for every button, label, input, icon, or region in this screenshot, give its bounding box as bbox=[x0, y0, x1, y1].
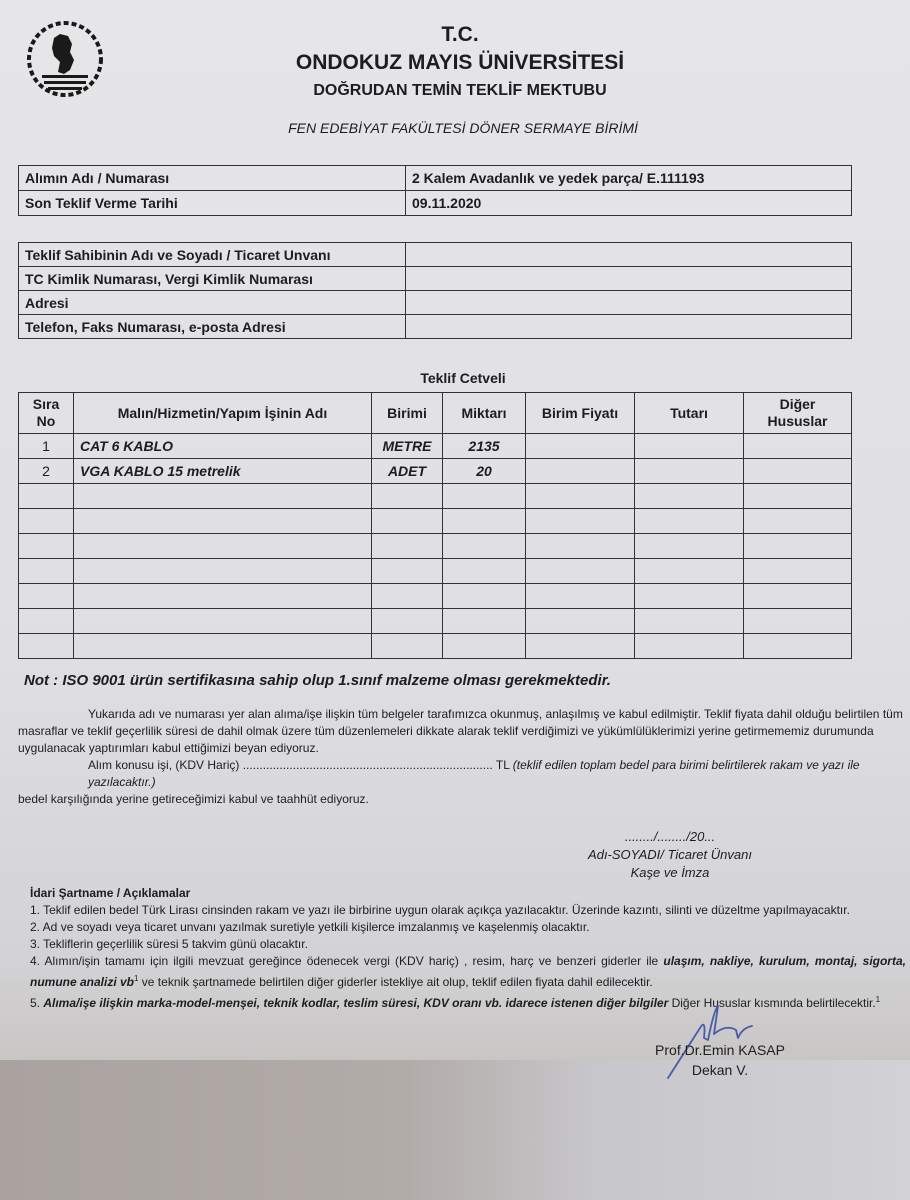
row-other[interactable] bbox=[744, 459, 852, 484]
signer-name: Prof.Dr.Emin KASAP bbox=[620, 1040, 820, 1060]
contact-label: Telefon, Faks Numarası, e-posta Adresi bbox=[19, 315, 406, 339]
table-row: 2VGA KABLO 15 metrelikADET20 bbox=[19, 459, 852, 484]
row-unit-price[interactable] bbox=[526, 534, 635, 559]
declaration-p1: Yukarıda adı ve numarası yer alan alıma/… bbox=[18, 706, 908, 757]
row-item-name bbox=[74, 534, 372, 559]
bidder-info-table: Teklif Sahibinin Adı ve Soyadı / Ticaret… bbox=[18, 242, 852, 339]
row-no: 1 bbox=[19, 434, 74, 459]
declaration-text: Yukarıda adı ve numarası yer alan alıma/… bbox=[18, 706, 908, 808]
header-doc-title: DOĞRUDAN TEMİN TEKLİF MEKTUBU bbox=[10, 78, 910, 104]
deadline-label: Son Teklif Verme Tarihi bbox=[19, 191, 406, 216]
row-unit bbox=[372, 609, 443, 634]
row-unit bbox=[372, 559, 443, 584]
row-unit-price[interactable] bbox=[526, 609, 635, 634]
row-total[interactable] bbox=[635, 584, 744, 609]
table-row: TC Kimlik Numarası, Vergi Kimlik Numaras… bbox=[19, 267, 852, 291]
header-university: ONDOKUZ MAYIS ÜNİVERSİTESİ bbox=[10, 48, 910, 78]
row-no bbox=[19, 484, 74, 509]
col-sira-line1: Sıra bbox=[33, 396, 59, 412]
row-unit-price[interactable] bbox=[526, 434, 635, 459]
row-qty: 2135 bbox=[443, 434, 526, 459]
row-other[interactable] bbox=[744, 559, 852, 584]
row-total[interactable] bbox=[635, 434, 744, 459]
col-other-line1: Diğer bbox=[780, 396, 816, 412]
tax-id-field[interactable] bbox=[406, 267, 852, 291]
rule4-end: ve teknik şartnamede belirtilen diğer gi… bbox=[138, 975, 652, 989]
address-label: Adresi bbox=[19, 291, 406, 315]
row-qty: 20 bbox=[443, 459, 526, 484]
rules-heading: İdari Şartname / Açıklamalar bbox=[30, 885, 910, 902]
photo-shadow bbox=[0, 1060, 910, 1200]
row-other[interactable] bbox=[744, 484, 852, 509]
table-row bbox=[19, 609, 852, 634]
subunit-title: FEN EDEBİYAT FAKÜLTESİ DÖNER SERMAYE BİR… bbox=[8, 120, 910, 136]
iso-note: Not : ISO 9001 ürün sertifikasına sahip … bbox=[24, 672, 611, 689]
row-other[interactable] bbox=[744, 534, 852, 559]
row-unit bbox=[372, 534, 443, 559]
col-total: Tutarı bbox=[635, 393, 744, 434]
row-unit bbox=[372, 484, 443, 509]
row-total[interactable] bbox=[635, 484, 744, 509]
table-row: Son Teklif Verme Tarihi 09.11.2020 bbox=[19, 191, 852, 216]
table-header-row: SıraNo Malın/Hizmetin/Yapım İşinin Adı B… bbox=[19, 393, 852, 434]
row-item-name bbox=[74, 559, 372, 584]
row-item-name bbox=[74, 584, 372, 609]
row-other[interactable] bbox=[744, 634, 852, 659]
address-field[interactable] bbox=[406, 291, 852, 315]
rule-item-1: 1. Teklif edilen bedel Türk Lirası cinsi… bbox=[30, 902, 910, 919]
rule5-num: 5. bbox=[30, 996, 43, 1010]
table-row: Adresi bbox=[19, 291, 852, 315]
signer-block: Prof.Dr.Emin KASAP Dekan V. bbox=[620, 1040, 820, 1080]
col-unit-price: Birim Fiyatı bbox=[526, 393, 635, 434]
row-other[interactable] bbox=[744, 509, 852, 534]
row-other[interactable] bbox=[744, 434, 852, 459]
row-other[interactable] bbox=[744, 609, 852, 634]
admin-rules: İdari Şartname / Açıklamalar 1. Teklif e… bbox=[30, 885, 910, 1012]
purchase-name-label: Alımın Adı / Numarası bbox=[19, 166, 406, 191]
signature-date: ......../......../20... bbox=[560, 828, 780, 846]
col-unit: Birimi bbox=[372, 393, 443, 434]
row-no bbox=[19, 559, 74, 584]
row-qty bbox=[443, 584, 526, 609]
row-unit-price[interactable] bbox=[526, 509, 635, 534]
row-unit-price[interactable] bbox=[526, 634, 635, 659]
row-unit bbox=[372, 509, 443, 534]
row-unit-price[interactable] bbox=[526, 459, 635, 484]
row-unit bbox=[372, 584, 443, 609]
row-qty bbox=[443, 534, 526, 559]
table-row bbox=[19, 484, 852, 509]
signature-name-title: Adı-SOYADI/ Ticaret Ünvanı bbox=[560, 846, 780, 864]
declaration-p3: bedel karşılığında yerine getireceğimizi… bbox=[18, 791, 908, 808]
table-row bbox=[19, 509, 852, 534]
row-item-name: CAT 6 KABLO bbox=[74, 434, 372, 459]
rule-item-2: 2. Ad ve soyadı veya ticaret unvanı yazı… bbox=[30, 919, 910, 936]
table-row: Telefon, Faks Numarası, e-posta Adresi bbox=[19, 315, 852, 339]
row-total[interactable] bbox=[635, 559, 744, 584]
declaration-p2: Alım konusu işi, (KDV Hariç) ...........… bbox=[18, 757, 908, 791]
col-qty: Miktarı bbox=[443, 393, 526, 434]
row-total[interactable] bbox=[635, 634, 744, 659]
col-other: DiğerHususlar bbox=[744, 393, 852, 434]
row-total[interactable] bbox=[635, 609, 744, 634]
table-row bbox=[19, 634, 852, 659]
offer-schedule-title: Teklif Cetveli bbox=[8, 370, 910, 386]
tax-id-label: TC Kimlik Numarası, Vergi Kimlik Numaras… bbox=[19, 267, 406, 291]
row-total[interactable] bbox=[635, 459, 744, 484]
row-no bbox=[19, 584, 74, 609]
row-unit: ADET bbox=[372, 459, 443, 484]
row-unit-price[interactable] bbox=[526, 584, 635, 609]
rule-item-4: 4. Alımın/işin tamamı için ilgili mevzua… bbox=[30, 953, 906, 991]
table-row: 1CAT 6 KABLOMETRE2135 bbox=[19, 434, 852, 459]
col-sira-line2: No bbox=[37, 413, 56, 429]
row-item-name: VGA KABLO 15 metrelik bbox=[74, 459, 372, 484]
table-row bbox=[19, 559, 852, 584]
rule-item-3: 3. Tekliflerin geçerlilik süresi 5 takvi… bbox=[30, 936, 910, 953]
row-no: 2 bbox=[19, 459, 74, 484]
purchase-info-table: Alımın Adı / Numarası 2 Kalem Avadanlık … bbox=[18, 165, 852, 216]
declaration-amount-line: Alım konusu işi, (KDV Hariç) ...........… bbox=[88, 758, 509, 772]
row-qty bbox=[443, 609, 526, 634]
row-no bbox=[19, 509, 74, 534]
col-item-name: Malın/Hizmetin/Yapım İşinin Adı bbox=[74, 393, 372, 434]
row-qty bbox=[443, 509, 526, 534]
header-tc: T.C. bbox=[10, 22, 910, 48]
row-qty bbox=[443, 559, 526, 584]
contact-field[interactable] bbox=[406, 315, 852, 339]
row-no bbox=[19, 634, 74, 659]
signature-stamp: Kaşe ve İmza bbox=[560, 864, 780, 882]
row-total[interactable] bbox=[635, 509, 744, 534]
row-unit: METRE bbox=[372, 434, 443, 459]
row-unit-price[interactable] bbox=[526, 559, 635, 584]
table-row bbox=[19, 534, 852, 559]
table-row bbox=[19, 584, 852, 609]
document-header: T.C. ONDOKUZ MAYIS ÜNİVERSİTESİ DOĞRUDAN… bbox=[0, 22, 910, 104]
row-item-name bbox=[74, 634, 372, 659]
row-unit bbox=[372, 634, 443, 659]
table-row: Teklif Sahibinin Adı ve Soyadı / Ticaret… bbox=[19, 243, 852, 267]
col-other-line2: Hususlar bbox=[768, 413, 828, 429]
row-other[interactable] bbox=[744, 584, 852, 609]
rule5-footnote: 1 bbox=[876, 995, 880, 1004]
row-no bbox=[19, 534, 74, 559]
row-unit-price[interactable] bbox=[526, 484, 635, 509]
row-item-name bbox=[74, 484, 372, 509]
row-qty bbox=[443, 484, 526, 509]
bidder-signature-block: ......../......../20... Adı-SOYADI/ Tica… bbox=[560, 828, 780, 882]
row-qty bbox=[443, 634, 526, 659]
row-no bbox=[19, 609, 74, 634]
row-item-name bbox=[74, 509, 372, 534]
rule4-text: 4. Alımın/işin tamamı için ilgili mevzua… bbox=[30, 954, 663, 968]
deadline-value: 09.11.2020 bbox=[406, 191, 852, 216]
offer-schedule-table: SıraNo Malın/Hizmetin/Yapım İşinin Adı B… bbox=[18, 392, 852, 659]
bidder-name-label: Teklif Sahibinin Adı ve Soyadı / Ticaret… bbox=[19, 243, 406, 267]
table-row: Alımın Adı / Numarası 2 Kalem Avadanlık … bbox=[19, 166, 852, 191]
signer-title: Dekan V. bbox=[620, 1060, 820, 1080]
col-sira-no: SıraNo bbox=[19, 393, 74, 434]
purchase-name-value: 2 Kalem Avadanlık ve yedek parça/ E.1111… bbox=[406, 166, 852, 191]
row-item-name bbox=[74, 609, 372, 634]
bidder-name-field[interactable] bbox=[406, 243, 852, 267]
row-total[interactable] bbox=[635, 534, 744, 559]
rule5-bold: Alıma/işe ilişkin marka-model-menşei, te… bbox=[43, 996, 668, 1010]
